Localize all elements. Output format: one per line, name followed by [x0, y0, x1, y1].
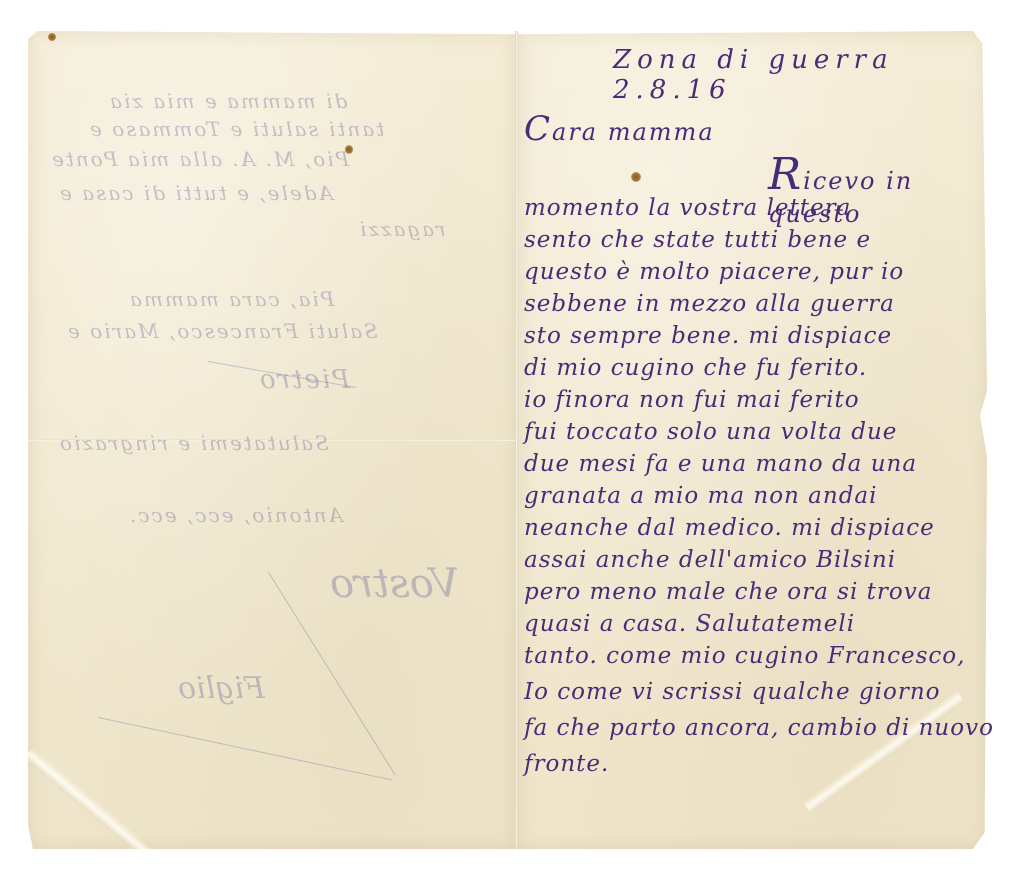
ink-stain — [48, 33, 56, 41]
letter-sheet: di mamma e mia zia tanti saluti e Tommas… — [28, 31, 1008, 849]
bleed-signature-underline — [98, 717, 392, 780]
dateline: Zona di guerra 2.8.16 — [613, 45, 1008, 105]
opening-initial: R — [768, 149, 803, 200]
letter-line: fronte. — [524, 751, 609, 777]
bleed-line: tanti saluti e Tommaso e — [88, 117, 384, 141]
bleed-signature-figlio: Figlio — [178, 671, 265, 706]
letter-line: questo è molto piacere, pur io — [524, 259, 904, 285]
letter-line: Io come vi scrissi qualche giorno — [524, 679, 940, 705]
letter-line: fa che parto ancora, cambio di nuovo — [524, 715, 994, 741]
letter-line: momento la vostra lettera — [524, 195, 851, 221]
letter-line: quasi a casa. Salutatemeli — [524, 611, 855, 637]
left-page: di mamma e mia zia tanti saluti e Tommas… — [28, 31, 516, 849]
bleed-line: di mamma e mia zia — [108, 89, 347, 113]
bleed-line: Antonio, ecc, ecc. — [128, 503, 343, 527]
salutation-initial: C — [524, 109, 552, 149]
bleed-line: Pia, cara mamma — [128, 287, 334, 311]
letter-line: di mio cugino che fu ferito. — [524, 355, 867, 381]
ink-stain — [631, 172, 641, 182]
salutation-text: ara mamma — [552, 118, 715, 146]
bottom-right-corner-crease — [803, 691, 965, 814]
letter-line: sebbene in mezzo alla guerra — [524, 291, 895, 317]
letter-line: sento che state tutti bene e — [524, 227, 871, 253]
letter-line: pero meno male che ora si trova — [524, 579, 932, 605]
bleed-line: Salutatemi e ringrazio — [58, 431, 329, 455]
bleed-line: Adele, e tutti di casa e — [58, 181, 333, 205]
bleed-line: Pietro — [258, 365, 350, 395]
bleed-line: Saluti Francesco, Mario e — [66, 319, 378, 343]
scanned-letter: di mamma e mia zia tanti saluti e Tommas… — [0, 0, 1024, 875]
salutation: Cara mamma — [524, 109, 715, 149]
letter-line: tanto. come mio cugino Francesco, — [524, 643, 965, 669]
letter-line: io finora non fui mai ferito — [524, 387, 860, 413]
letter-line: neanche dal medico. mi dispiace — [524, 515, 935, 541]
letter-line: sto sempre bene. mi dispiace — [524, 323, 892, 349]
letter-line: due mesi fa e una mano da una — [524, 451, 917, 477]
letter-line: fui toccato solo una volta due — [524, 419, 897, 445]
bleed-line: Pio, M. A. alla mia Ponte — [50, 147, 349, 171]
bleed-signature-vostro: Vostro — [330, 561, 459, 607]
bleed-line: ragazzi — [358, 217, 446, 241]
letter-line: granata a mio ma non andai — [524, 483, 878, 509]
bleed-through-text: di mamma e mia zia tanti saluti e Tommas… — [68, 91, 538, 871]
letter-line: assai anche dell'amico Bilsini — [524, 547, 896, 573]
